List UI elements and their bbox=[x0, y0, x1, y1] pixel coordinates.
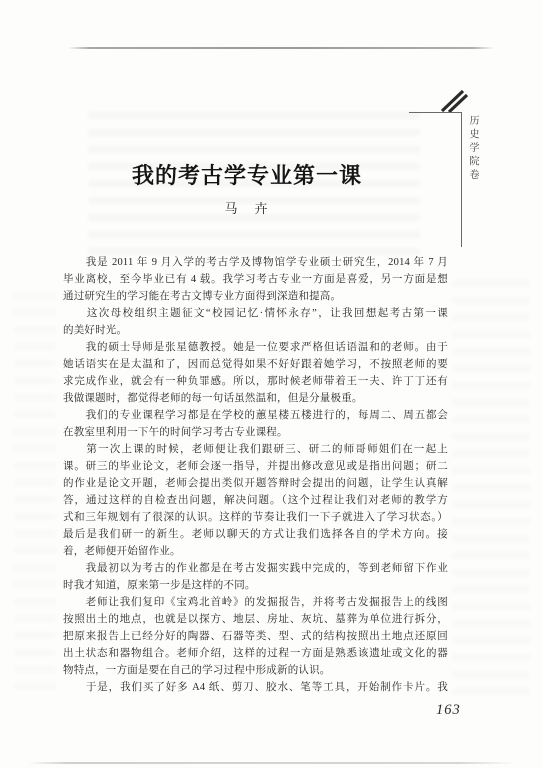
body-text-line: 最后是我们研一的新生。老师以聊天的方式让我们选择各自的学术方向。接 bbox=[63, 526, 448, 543]
body-text-line: 毕业离校，至今毕业已有 4 载。我学习考古专业一方面是喜爱，另一方面是想 bbox=[63, 271, 448, 288]
body-text-line: 我最初以为考古的作业都是在考古发掘实践中完成的，等到老师留下作业 bbox=[63, 560, 448, 577]
body-text-line: 着，老师便开始留作业。 bbox=[63, 543, 448, 560]
body-text-line: 课。研三的毕业论文，老师会逐一指导，并提出修改意见或是指出问题；研二 bbox=[63, 458, 448, 475]
body-text-line: 的作业是论文开题，老师会提出类似开题答辩时会提出的问题，让学生认真解 bbox=[63, 475, 448, 492]
body-text-line: 第一次上课的时候，老师便让我们跟研三、研二的师哥师姐们在一起上 bbox=[63, 441, 448, 458]
page-showthrough bbox=[14, 292, 56, 692]
body-text-line: 时我才知道，原来第一步是这样的不同。 bbox=[63, 577, 448, 594]
body-text-line: 通过研究生的学习能在考古文博专业方面得到深造和提高。 bbox=[63, 288, 448, 305]
body-text-line: 我做课题时，都觉得老师的每一句话虽然温和，但是分量极重。 bbox=[63, 390, 448, 407]
body-text-line: 在教室里利用一下午的时间学习考古专业课程。 bbox=[63, 424, 448, 441]
body-text-line: 按照出土的地点，也就是以探方、地层、房址、灰坑、墓葬为单位进行拆分， bbox=[63, 611, 448, 628]
body-text-line: 答，通过这样的自检查出问题，解决问题。（这个过程让我们对老师的教学方 bbox=[63, 492, 448, 509]
body-text-line: 物特点，一方面是要在自己的学习过程中形成新的认识。 bbox=[63, 662, 448, 679]
body-text-line: 求完成作业，就会有一种负罪感。所以，那时候老师带着王一夫、许丁丁还有 bbox=[63, 373, 448, 390]
body-text-line: 我的硕士导师是张星德教授。她是一位要求严格但话语温和的老师。由于 bbox=[63, 339, 448, 356]
body-text-line: 把原来报告上已经分好的陶器、石器等类、型、式的结构按照出土地点还原回 bbox=[63, 628, 448, 645]
book-page: 历史学院卷 我的考古学专业第一课 马 卉 我是 2011 年 9 月入学的考古学… bbox=[0, 0, 543, 768]
page-showthrough bbox=[452, 280, 530, 700]
author-name: 马 卉 bbox=[60, 198, 434, 217]
body-text-line: 老师让我们复印《宝鸡北首岭》的发掘报告，并将考古发掘报告上的线图 bbox=[63, 594, 448, 611]
bottom-edge-shadow bbox=[28, 762, 516, 764]
side-tab-label: 历史学院卷 bbox=[465, 115, 480, 183]
body-text-line: 的美好时光。 bbox=[63, 322, 448, 339]
body-text-line: 她话语实在是太温和了，因而总觉得如果不好好跟着她学习，不按照老师的要 bbox=[63, 356, 448, 373]
corner-horizontal-rule bbox=[409, 112, 462, 113]
article-body: 我是 2011 年 9 月入学的考古学及博物馆学专业硕士研究生，2014 年 7… bbox=[63, 254, 448, 696]
article-title: 我的考古学专业第一课 bbox=[60, 159, 434, 190]
body-text-line: 出土状态和器物组合。老师介绍，这样的过程一方面是熟悉该遗址或文化的器 bbox=[63, 645, 448, 662]
corner-vertical-rule bbox=[461, 112, 462, 247]
pen-nib-icon bbox=[436, 84, 468, 114]
page-number: 163 bbox=[436, 702, 484, 719]
body-text-line: 式和三年规划有了很深的认识。这样的节奏让我们一下子就进入了学习状态。） bbox=[63, 509, 448, 526]
body-text-line: 这次母校组织主题征文“校园记忆·情怀永存”，让我回想起考古第一课 bbox=[63, 305, 448, 322]
body-text-line: 我们的专业课程学习都是在学校的蕙星楼五楼进行的，每周二、周五都会 bbox=[63, 407, 448, 424]
body-text-line: 我是 2011 年 9 月入学的考古学及博物馆学专业硕士研究生，2014 年 7… bbox=[63, 254, 448, 271]
body-text-line: 于是，我们买了好多 A4 纸、剪刀、胶水、笔等工具，开始制作卡片。我 bbox=[63, 679, 448, 696]
top-edge-rule bbox=[68, 47, 494, 49]
